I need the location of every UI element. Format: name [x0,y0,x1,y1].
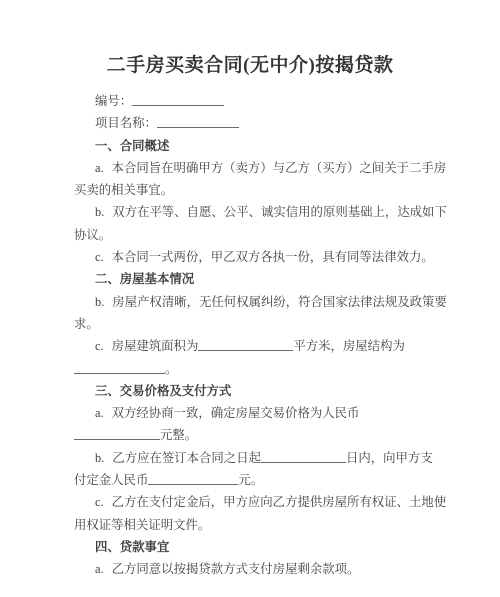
blank-underline-field [74,428,160,440]
doc-line: c.本合同一式两份，甲乙双方各执一份，具有同等法律效力。 [74,246,434,268]
text-run: 项目名称： [95,116,157,130]
blank-underline-field [148,473,238,485]
doc-line: c.乙方在支付定金后，甲方应向乙方提供房屋所有权证、土地使 [74,491,434,513]
doc-line: b.房屋产权清晰，无任何权属纠纷，符合国家法律法规及政策要 [74,291,434,313]
section-heading-line: 一、合同概述 [74,135,434,157]
text-run: 双方在平等、自愿、公平、诚实信用的原则基础上，达成如下 [112,205,447,219]
blank-underline-field [132,94,224,106]
doc-line: 项目名称： [74,112,434,134]
section-heading-line: 二、房屋基本情况 [74,268,434,290]
doc-line: 协议。 [74,224,434,246]
text-run: 房屋建筑面积为 [112,339,199,353]
doc-line: a.乙方同意以按揭贷款方式支付房屋剩余款项。 [74,558,434,580]
contract-document-page: 二手房买卖合同(无中介)按揭贷款 编号：项目名称：一、合同概述a.本合同旨在明确… [0,0,500,597]
list-item-marker: b. [95,201,104,223]
doc-line: 买卖的相关事宜。 [74,179,434,201]
doc-line: 求。 [74,313,434,335]
doc-line: b.乙方应在签订本合同之日起日内，向甲方支 [74,447,434,469]
list-item-marker: c. [95,246,104,268]
list-item-marker: b. [95,291,104,313]
text-run: 协议。 [74,228,111,242]
list-item-marker: b. [95,447,104,469]
text-run: 乙方在支付定金后，甲方应向乙方提供房屋所有权证、土地使 [112,495,447,509]
doc-line: 元整。 [74,424,434,446]
doc-line: 用权证等相关证明文件。 [74,514,434,536]
text-run: 双方经协商一致，确定房屋交易价格为人民币 [112,406,360,420]
text-run: 乙方应在签订本合同之日起 [112,451,261,465]
text-run: 四、贷款事宜 [95,540,169,554]
doc-line: a.双方经协商一致，确定房屋交易价格为人民币 [74,402,434,424]
text-run: 本合同旨在明确甲方（卖方）与乙方（买方）之间关于二手房 [112,161,447,175]
text-run: 本合同一式两份，甲乙双方各执一份，具有同等法律效力。 [112,250,434,264]
doc-line: 付定金人民币元。 [74,469,434,491]
blank-underline-field [198,339,293,351]
text-run: 平方米，房屋结构为 [293,339,405,353]
text-run: 日内，向甲方支 [346,451,433,465]
text-run: 用权证等相关证明文件。 [74,518,210,532]
list-item-marker: a. [95,558,104,580]
section-heading-line: 四、贷款事宜 [74,536,434,558]
text-run: 元。 [238,473,263,487]
text-run: 二、房屋基本情况 [95,272,194,286]
doc-line: 。 [74,358,434,380]
blank-underline-field [157,116,239,128]
blank-underline-field [74,362,165,374]
doc-line: c.房屋建筑面积为平方米，房屋结构为 [74,335,434,357]
text-run: 房屋产权清晰，无任何权属纠纷，符合国家法律法规及政策要 [112,295,447,309]
document-title: 二手房买卖合同(无中介)按揭贷款 [0,52,500,80]
text-run: 求。 [74,317,99,331]
text-run: 买卖的相关事宜。 [74,183,173,197]
list-item-marker: a. [95,402,104,424]
doc-line: a.本合同旨在明确甲方（卖方）与乙方（买方）之间关于二手房 [74,157,434,179]
text-run: 一、合同概述 [95,139,169,153]
text-run: 编号： [95,94,132,108]
doc-line: 编号： [74,90,434,112]
document-body: 编号：项目名称：一、合同概述a.本合同旨在明确甲方（卖方）与乙方（买方）之间关于… [0,90,500,581]
doc-line: b.双方在平等、自愿、公平、诚实信用的原则基础上，达成如下 [74,201,434,223]
list-item-marker: a. [95,157,104,179]
text-run: 元整。 [160,428,197,442]
list-item-marker: c. [95,491,104,513]
text-run: 乙方同意以按揭贷款方式支付房屋剩余款项。 [112,562,360,576]
list-item-marker: c. [95,335,104,357]
section-heading-line: 三、交易价格及支付方式 [74,380,434,402]
text-run: 。 [165,362,177,376]
blank-underline-field [261,451,346,463]
text-run: 付定金人民币 [74,473,148,487]
text-run: 三、交易价格及支付方式 [95,384,231,398]
